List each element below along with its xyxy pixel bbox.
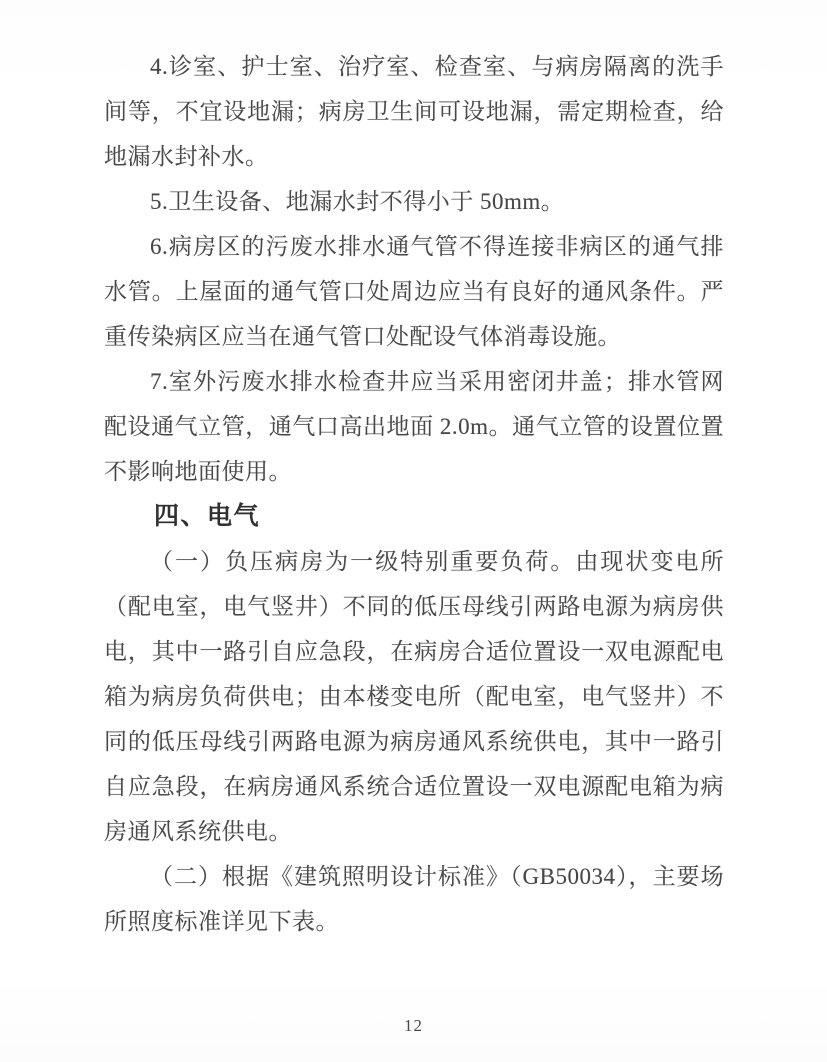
document-body: 4.诊室、护士室、治疗室、检查室、与病房隔离的洗手间等，不宜设地漏；病房卫生间可… (104, 44, 724, 944)
paragraph-item-4: 4.诊室、护士室、治疗室、检查室、与病房隔离的洗手间等，不宜设地漏；病房卫生间可… (104, 44, 724, 179)
paragraph-item-part1: （一）负压病房为一级特别重要负荷。由现状变电所（配电室，电气竖井）不同的低压母线… (104, 539, 724, 854)
document-page: 4.诊室、护士室、治疗室、检查室、与病房隔离的洗手间等，不宜设地漏；病房卫生间可… (0, 0, 827, 1062)
page-footer: 12 (0, 1016, 827, 1036)
paragraph-item-7: 7.室外污废水排水检查井应当采用密闭井盖；排水管网配设通气立管，通气口高出地面 … (104, 359, 724, 494)
section-heading-electrical: 四、电气 (104, 494, 724, 539)
paragraph-item-5: 5.卫生设备、地漏水封不得小于 50mm。 (104, 179, 724, 224)
paragraph-item-part2: （二）根据《建筑照明设计标准》（GB50034），主要场所照度标准详见下表。 (104, 854, 724, 944)
page-number: 12 (404, 1016, 423, 1035)
paragraph-item-6: 6.病房区的污废水排水通气管不得连接非病区的通气排水管。上屋面的通气管口处周边应… (104, 224, 724, 359)
